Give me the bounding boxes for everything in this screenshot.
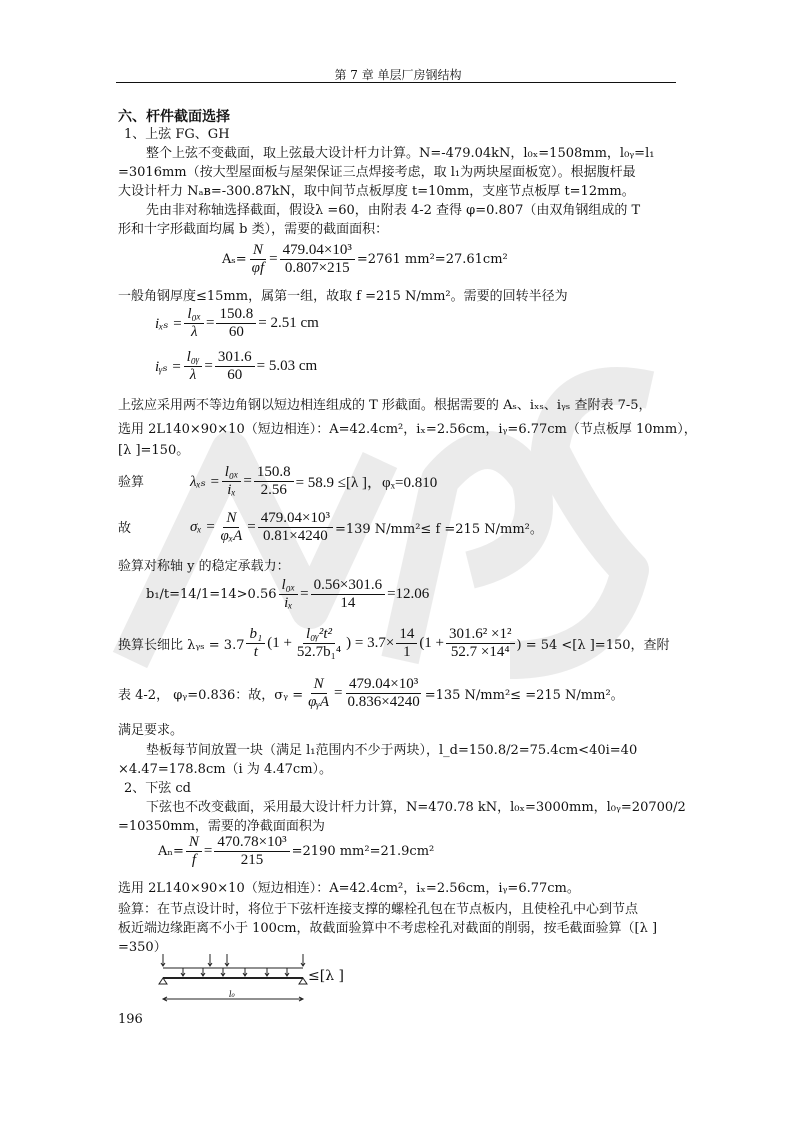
document-page: 第 7 章 单层厂房钢结构 六、杆件截面选择 1、上弦 FG、GH 整个上弦不变… [0, 0, 793, 1122]
equation-sigma-x: σₓ = NφₓA = 479.04×10³0.81×4240 =139 N/m… [190, 510, 543, 545]
equation-sigma-y: 表 4-2， φᵧ=0.836：故，σᵧ = NφᵧA = 479.04×10³… [118, 676, 624, 711]
paragraph: [λ ]=150。 [118, 442, 189, 460]
therefore-label: 故 [118, 520, 131, 538]
paragraph: ×4.47=178.8cm（i 为 4.47cm）。 [118, 761, 332, 779]
equation-As: Aₛ= Nφf = 479.04×10³0.807×215 =2761 mm²=… [222, 242, 508, 277]
paragraph: 整个上弦不变截面，取上弦最大设计杆力计算。N=-479.04kN，l₀ₓ=150… [146, 145, 654, 163]
paragraph: 满足要求。 [118, 722, 183, 740]
equation-lambda-ys: 换算长细比 λᵧₛ = 3.7 b₁t (1 + l₀ᵧ²t²52.7b₁⁴ )… [118, 626, 670, 661]
subsection-title-2: 2、下弦 cd [124, 780, 191, 798]
paragraph: 下弦也不改变截面，采用最大设计杆力计算，N=470.78 kN，l₀ₓ=3000… [146, 799, 686, 817]
section-title: 六、杆件截面选择 [118, 108, 230, 126]
check-label: 验算 [118, 474, 144, 492]
paragraph: 选用 2L140×90×10（短边相连）：A=42.4cm²，iₓ=2.56cm… [118, 880, 580, 898]
page-number: 196 [118, 1012, 143, 1027]
chapter-header: 第 7 章 单层厂房钢结构 [118, 66, 678, 83]
equation-iys: iᵧₛ = l₀ᵧλ = 301.660 = 5.03 cm [155, 349, 317, 384]
paragraph: 选用 2L140×90×10（短边相连）：A=42.4cm²，iₓ=2.56cm… [118, 421, 697, 439]
paragraph: 上弦应采用两不等边角钢以短边相连组成的 T 形截面。根据需要的 Aₛ、iₓₛ、i… [118, 397, 652, 415]
svg-text:l₀: l₀ [229, 990, 236, 999]
paragraph: 验算对称轴 y 的稳定承载力： [118, 558, 290, 576]
paragraph: 板近端边缘距离不小于 100cm，故截面验算中不考虑栓孔对截面的削弱，按毛截面验… [118, 920, 657, 938]
subsection-title-1: 1、上弦 FG、GH [124, 126, 230, 144]
paragraph: 垫板每节间放置一块（满足 l₁范围内不少于两块），l_d=150.8/2=75.… [146, 742, 637, 760]
paragraph: 一般角钢厚度≤15mm，属第一组，故取 f =215 N/mm²。需要的回转半径… [118, 288, 568, 306]
equation-ixs: iₓₛ = l₀ₓλ = 150.860 = 2.51 cm [155, 306, 319, 341]
lambda-limit-label: ≤[λ ] [308, 968, 344, 984]
paragraph: =3016mm（按大型屋面板与屋架保证三点焊接考虑，取 l₁为两块屋面板宽）。根… [118, 164, 636, 182]
paragraph: 先由非对称轴选择截面，假设λ =60，由附表 4-2 查得 φ=0.807（由双… [146, 202, 640, 220]
paragraph: 形和十字形截面均属 b 类），需要的截面面积： [118, 221, 388, 239]
paragraph: 大设计杆力 Nₐʙ=-300.87kN，取中间节点板厚度 t=10mm，支座节点… [118, 183, 635, 201]
header-rule [116, 82, 676, 83]
equation-An: Aₙ= Nf = 470.78×10³215 =2190 mm²=21.9cm² [158, 834, 434, 869]
paragraph: 验算：在节点设计时，将位于下弦杆连接支撑的螺栓孔包在节点板内，且使栓孔中心到节点 [118, 901, 638, 919]
equation-lambda-xs: λₓₛ = l₀ₓiₓ = 150.82.56 = 58.9 ≤[λ ]，φₓ=… [190, 464, 437, 499]
equation-b1-t: b₁/t=14/1=14>0.56 l₀ₓiₓ = 0.56×301.614 =… [146, 577, 429, 612]
